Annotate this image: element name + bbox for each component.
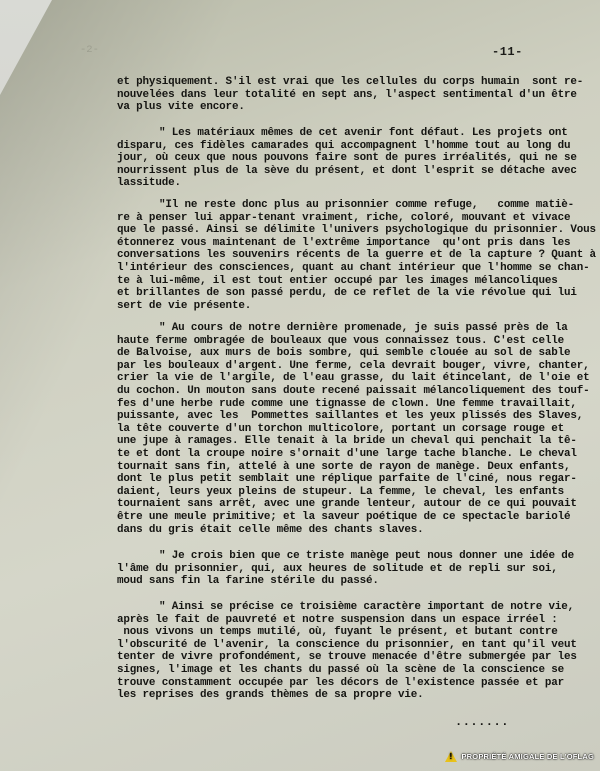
text-line: être une meule primitive; et la saveur p… bbox=[117, 511, 595, 524]
paragraph-5: " Je crois bien que ce triste manège peu… bbox=[117, 550, 595, 588]
text-line: " Je crois bien que ce triste manège peu… bbox=[117, 550, 595, 563]
warning-icon bbox=[445, 751, 457, 762]
text-line: et physiquement. S'il est vrai que les c… bbox=[117, 76, 595, 89]
text-line: dans du gris était celle même des chants… bbox=[117, 524, 595, 537]
text-line: la tête couverte d'un torchon multicolor… bbox=[117, 423, 595, 436]
text-line: " Les matériaux mêmes de cet avenir font… bbox=[117, 127, 595, 140]
text-line: tenter de vivre profondément, se trouve … bbox=[117, 651, 595, 664]
text-line: nourrissent plus de la sève du présent, … bbox=[117, 165, 595, 178]
text-line: sert de vie présente. bbox=[117, 300, 595, 313]
text-line: l'âme du prisonnier, qui, aux heures de … bbox=[117, 563, 595, 576]
text-line: haute ferme ombragée de bouleaux que vou… bbox=[117, 335, 595, 348]
text-line: nouvelées dans leur totalité en sept ans… bbox=[117, 89, 595, 102]
text-line: crier la vie de l'argile, de l'eau grass… bbox=[117, 372, 595, 385]
text-line: les reprises des grands thèmes de sa pro… bbox=[117, 689, 595, 702]
text-line: puissante, avec les Pommettes saillantes… bbox=[117, 410, 595, 423]
text-line: trouve constamment occupée par les décor… bbox=[117, 677, 595, 690]
text-line: par les bouleaux d'argent. Une ferme, ce… bbox=[117, 360, 595, 373]
watermark: PROPRIÉTÉ AMIGALE DE L'OFLAG bbox=[445, 751, 594, 762]
bleed-through-page-number: -2- bbox=[80, 44, 99, 57]
text-line: une jupe à ramages. Elle tenait à la bri… bbox=[117, 435, 595, 448]
text-line: étonnerez vous maintenant de l'extrême i… bbox=[117, 237, 595, 250]
text-line: disparu, ces fidèles camarades qui accom… bbox=[117, 140, 595, 153]
page-number: -11- bbox=[492, 45, 523, 59]
text-line: jour, où ceux que nous pouvons faire son… bbox=[117, 152, 595, 165]
text-line: tournaient sans arrêt, avec une grande l… bbox=[117, 498, 595, 511]
text-line: te et dont la croupe noire s'ornait d'un… bbox=[117, 448, 595, 461]
text-line: tournait sans fin, attelé à une sorte de… bbox=[117, 461, 595, 474]
paragraph-4: " Au cours de notre dernière promenade, … bbox=[117, 322, 595, 536]
text-line: re à penser lui appar-tenant vraiment, r… bbox=[117, 212, 595, 225]
text-line: conversations les souvenirs récents de l… bbox=[117, 249, 595, 262]
text-line: l'obscurité de l'avenir, la conscience d… bbox=[117, 639, 595, 652]
text-line: va plus vite encore. bbox=[117, 101, 595, 114]
paragraph-3: "Il ne reste donc plus au prisonnier com… bbox=[117, 199, 595, 312]
text-line: l'intérieur des consciences, quant au ch… bbox=[117, 262, 595, 275]
continuation-mark: ....... bbox=[455, 715, 509, 729]
text-line: signes, l'image et les chants du passé o… bbox=[117, 664, 595, 677]
text-line: que le passé. Ainsi se délimite l'univer… bbox=[117, 224, 595, 237]
text-line: lassitude. bbox=[117, 177, 595, 190]
text-line: après le fait de pauvreté et notre suspe… bbox=[117, 614, 595, 627]
text-line: "Il ne reste donc plus au prisonnier com… bbox=[117, 199, 595, 212]
text-line: moud sans fin la farine stérile du passé… bbox=[117, 575, 595, 588]
paragraph-6: " Ainsi se précise ce troisième caractèr… bbox=[117, 601, 595, 702]
text-line: " Ainsi se précise ce troisième caractèr… bbox=[117, 601, 595, 614]
paragraph-1: et physiquement. S'il est vrai que les c… bbox=[117, 76, 595, 114]
watermark-text: PROPRIÉTÉ AMIGALE DE L'OFLAG bbox=[461, 752, 594, 761]
text-line: du cochon. Un mouton sans doute recené p… bbox=[117, 385, 595, 398]
text-line: " Au cours de notre dernière promenade, … bbox=[117, 322, 595, 335]
paragraph-2: " Les matériaux mêmes de cet avenir font… bbox=[117, 127, 595, 190]
text-line: et brillantes de son passé perdu, de ce … bbox=[117, 287, 595, 300]
text-line: de Balvoise, aux murs de bois sombre, qu… bbox=[117, 347, 595, 360]
text-line: nous vivons un temps mutilé, où, fuyant … bbox=[117, 626, 595, 639]
text-line: fes d'une herbe rude comme une tignasse … bbox=[117, 398, 595, 411]
text-line: dont le plus petit semblait une réplique… bbox=[117, 473, 595, 486]
text-line: daient, leurs yeux pleins de stupeur. La… bbox=[117, 486, 595, 499]
text-line: te à lui-même, il est tout entier occupé… bbox=[117, 275, 595, 288]
